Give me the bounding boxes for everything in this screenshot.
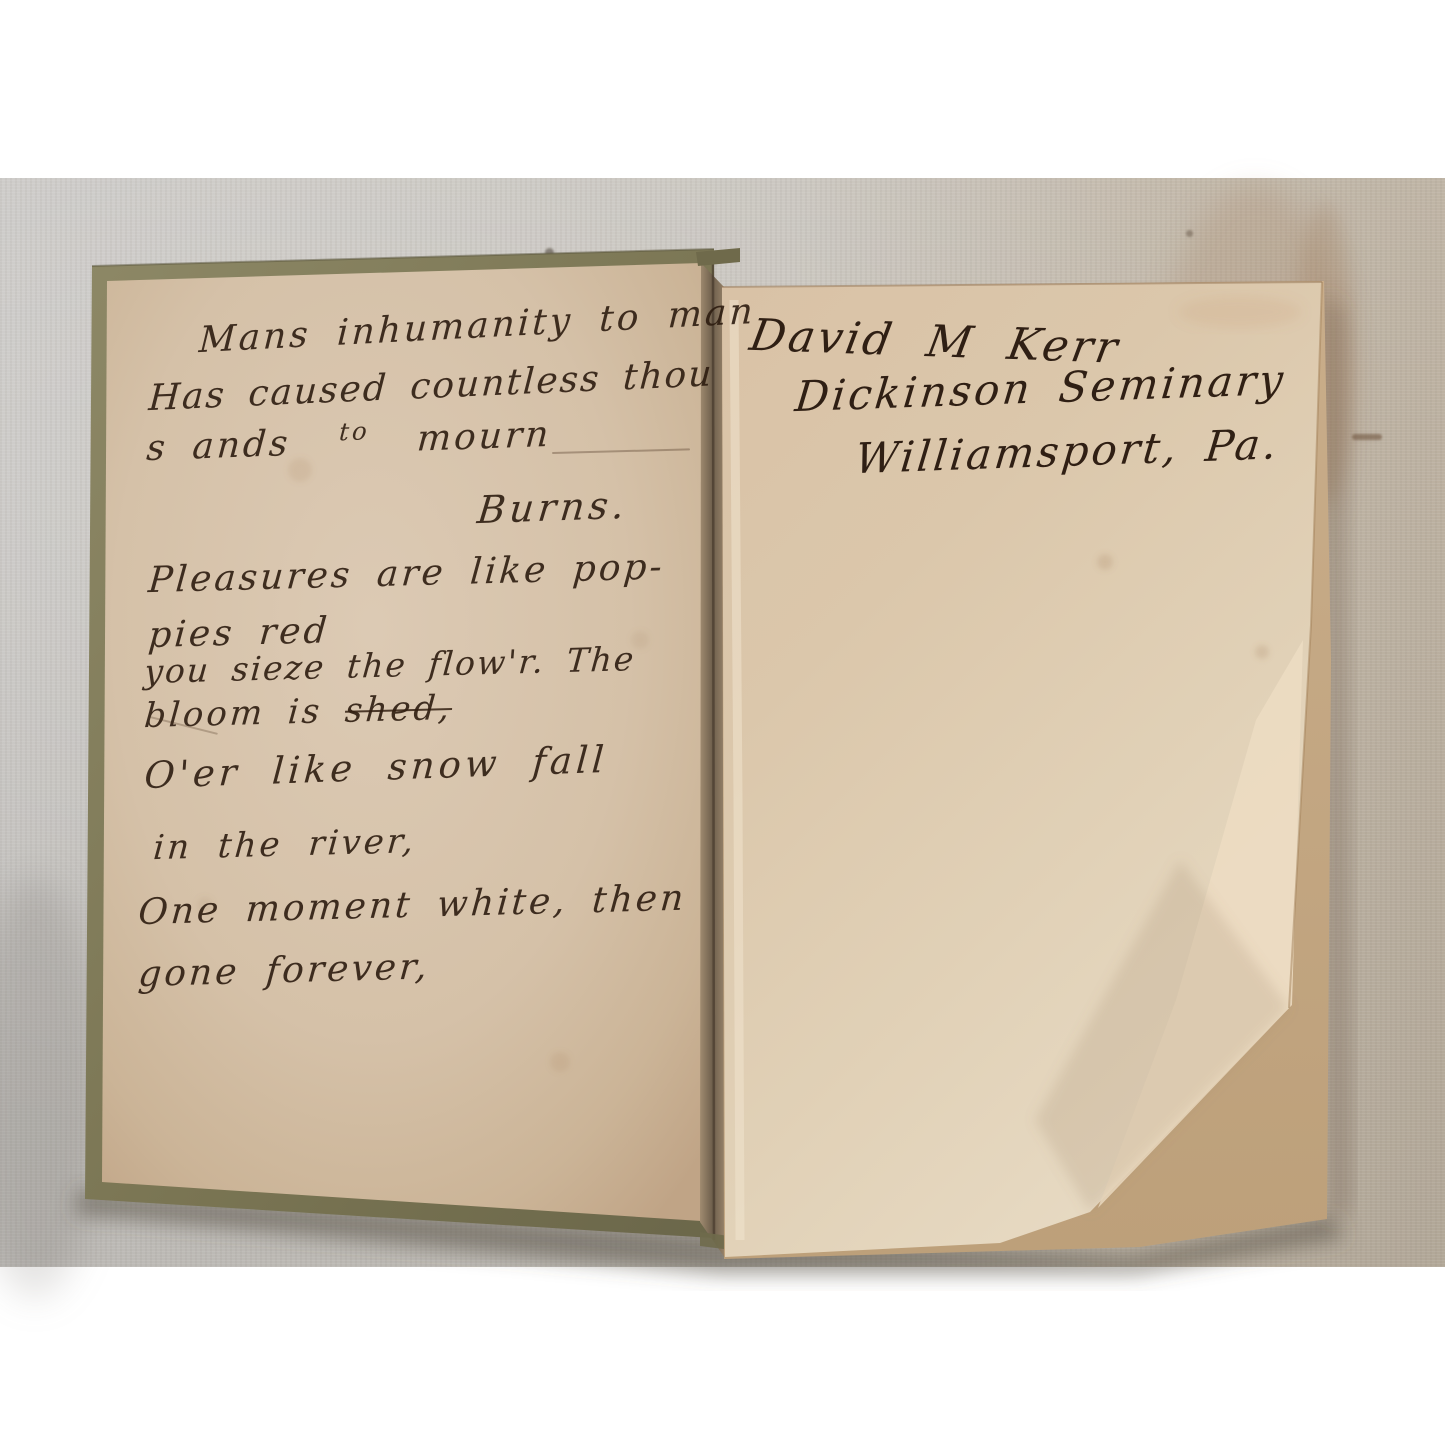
photo-canvas: Mans inhumanity to man Has caused countl… [0,0,1445,1445]
foxing-spot [197,897,213,913]
foxing-spot [1097,554,1113,570]
flyleaf-top-stain [1178,296,1302,328]
open-book-illustration [0,0,1445,1445]
foxing-spot [288,458,312,482]
foxing-spot [550,1052,570,1072]
foxing-spot [631,631,649,649]
foxing-spot [1255,645,1269,659]
flyleaf-gutter-highlight [734,300,740,1240]
pastedown-page [102,263,702,1221]
gutter-crease-line [713,255,714,1240]
